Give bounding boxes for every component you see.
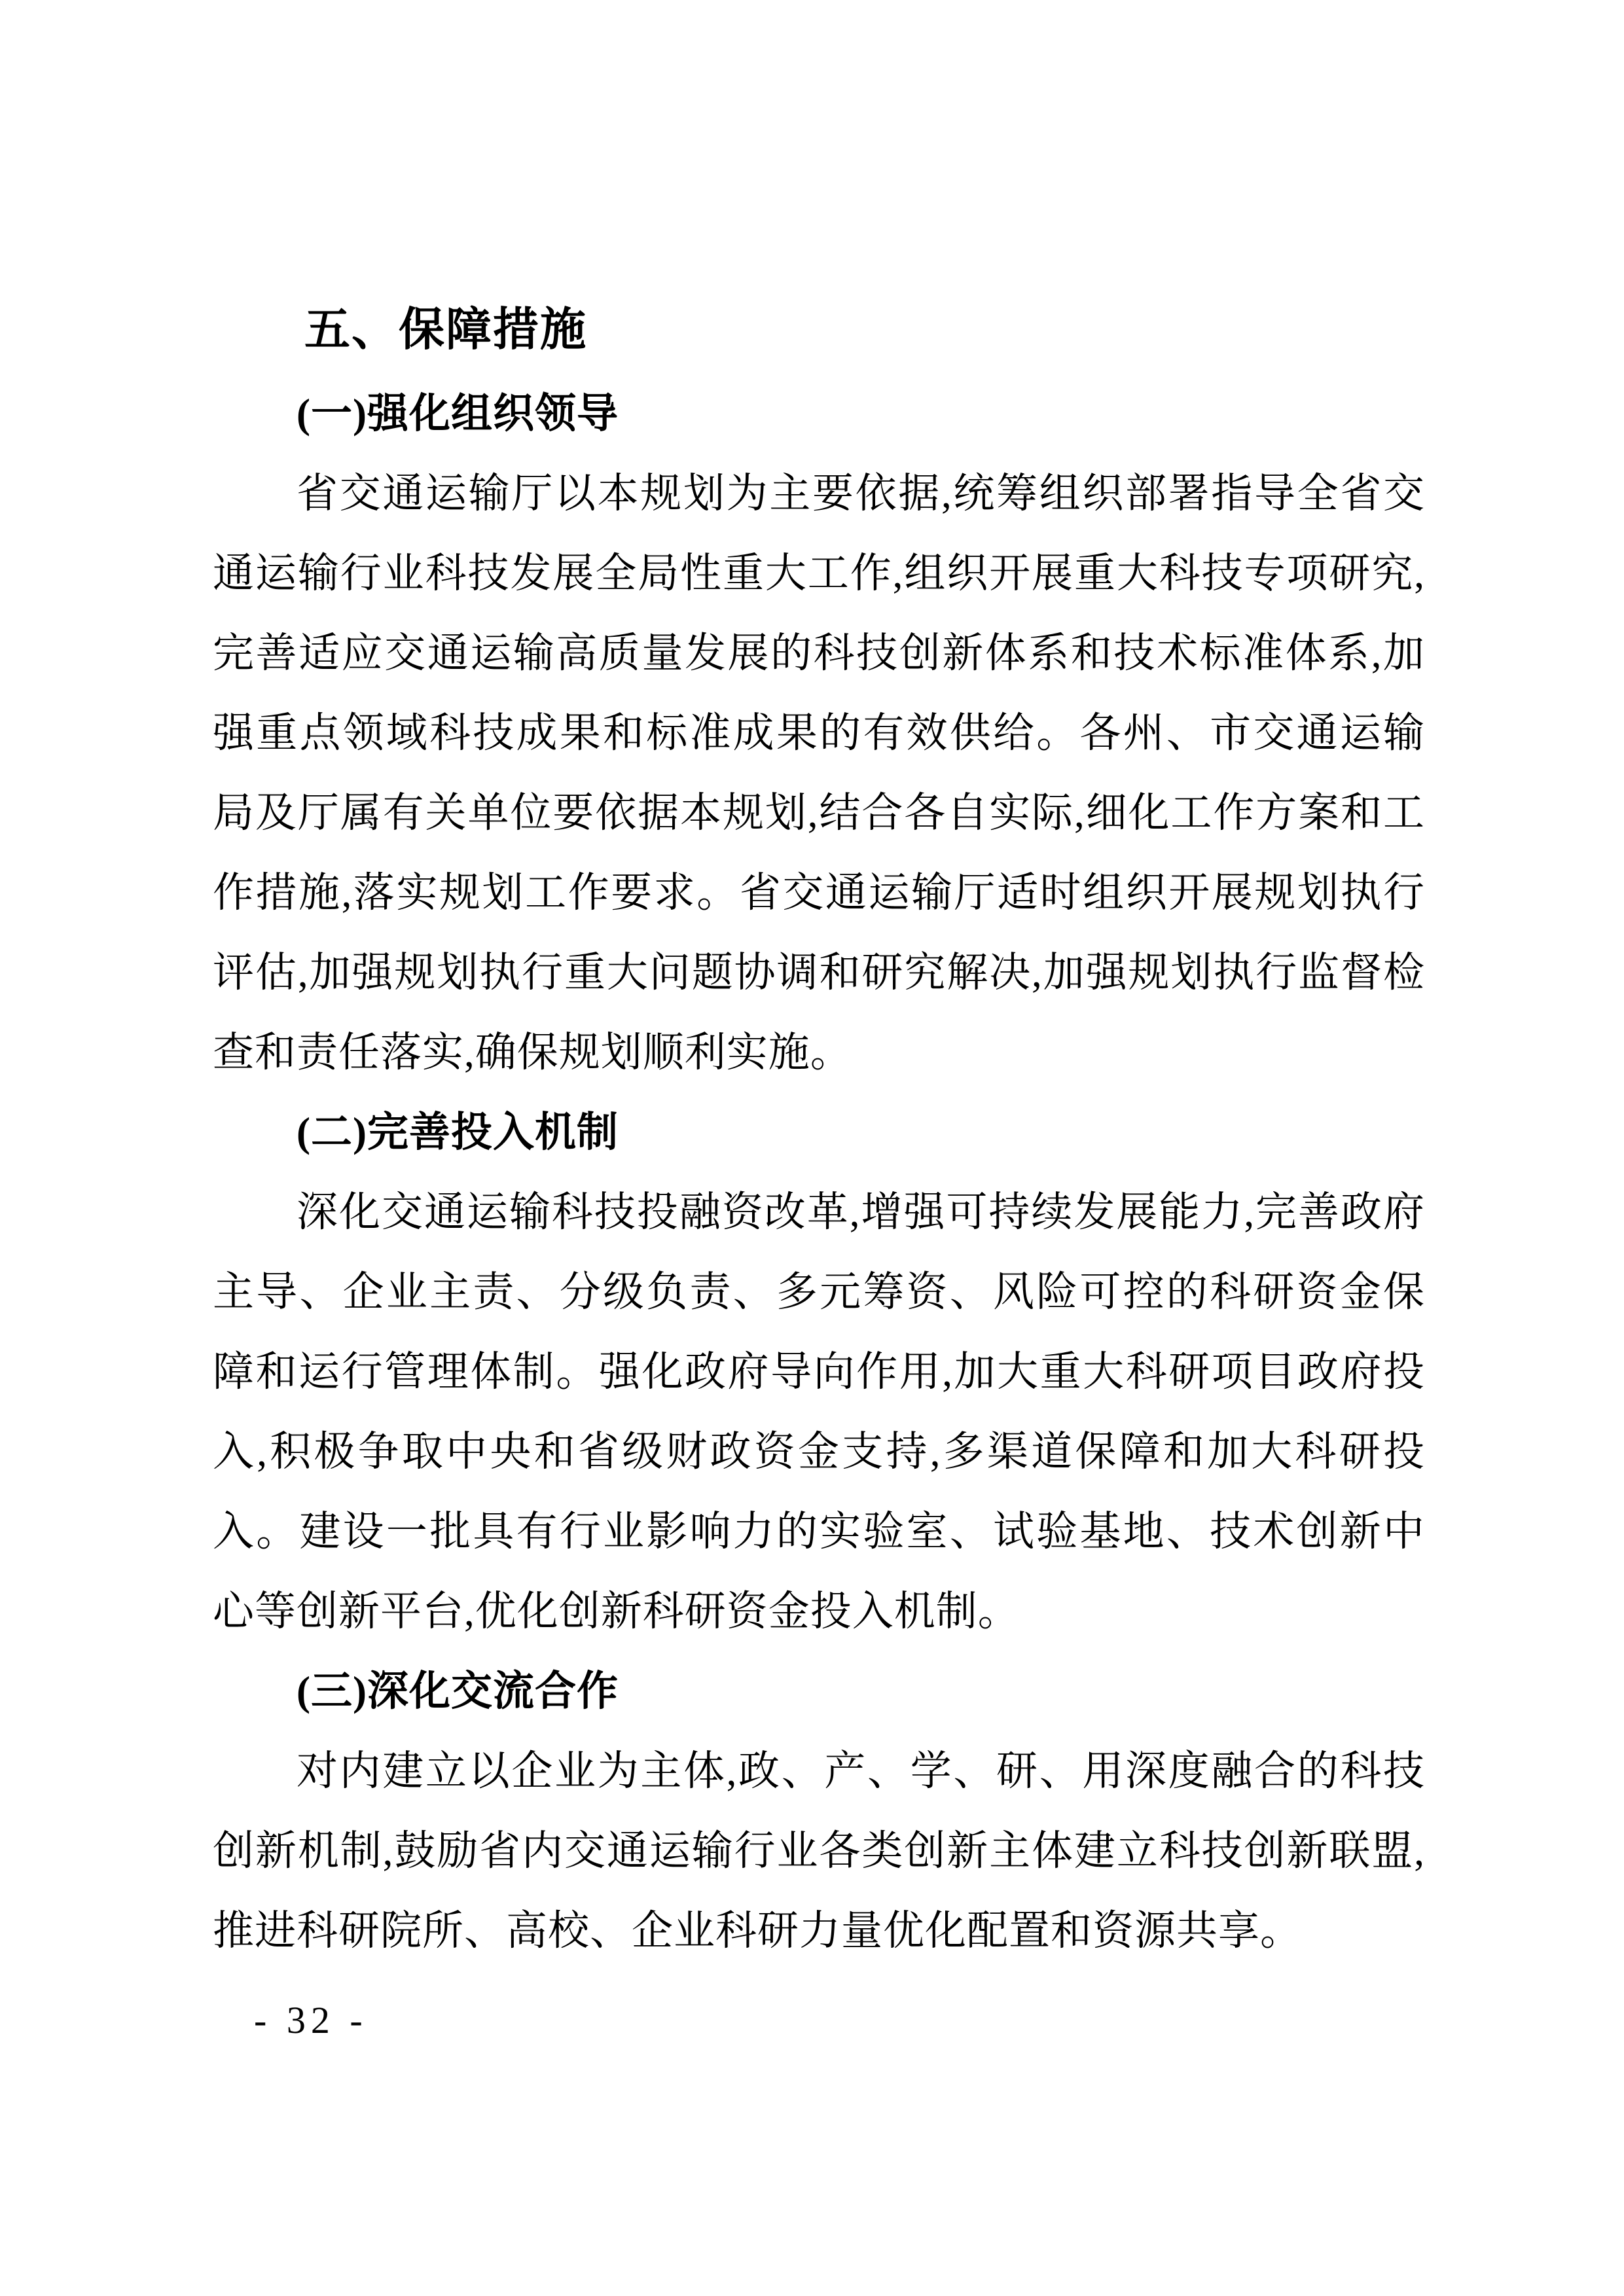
section-1: (一)强化组织领导 省交通运输厅以本规划为主要依据,统筹组织部署指导全省交通运输… (213, 374, 1425, 1092)
section-3: (三)深化交流合作 对内建立以企业为主体,政、产、学、研、用深度融合的科技创新机… (213, 1651, 1425, 1971)
section-2-paragraph: 深化交通运输科技投融资改革,增强可持续发展能力,完善政府主导、企业主责、分级负责… (213, 1172, 1425, 1651)
section-3-paragraph: 对内建立以企业为主体,政、产、学、研、用深度融合的科技创新机制,鼓励省内交通运输… (213, 1731, 1425, 1971)
section-1-paragraph: 省交通运输厅以本规划为主要依据,统筹组织部署指导全省交通运输行业科技发展全局性重… (213, 454, 1425, 1092)
chapter-heading: 五、保障措施 (304, 285, 1425, 374)
section-2-title: (二)完善投入机制 (213, 1092, 1425, 1172)
section-3-title: (三)深化交流合作 (213, 1651, 1425, 1731)
page-number: - 32 - (254, 1998, 368, 2043)
document-page: 五、保障措施 (一)强化组织领导 省交通运输厅以本规划为主要依据,统筹组织部署指… (0, 0, 1624, 2296)
document-content: 五、保障措施 (一)强化组织领导 省交通运输厅以本规划为主要依据,统筹组织部署指… (213, 285, 1425, 1971)
section-1-title: (一)强化组织领导 (213, 374, 1425, 454)
section-2: (二)完善投入机制 深化交通运输科技投融资改革,增强可持续发展能力,完善政府主导… (213, 1092, 1425, 1651)
